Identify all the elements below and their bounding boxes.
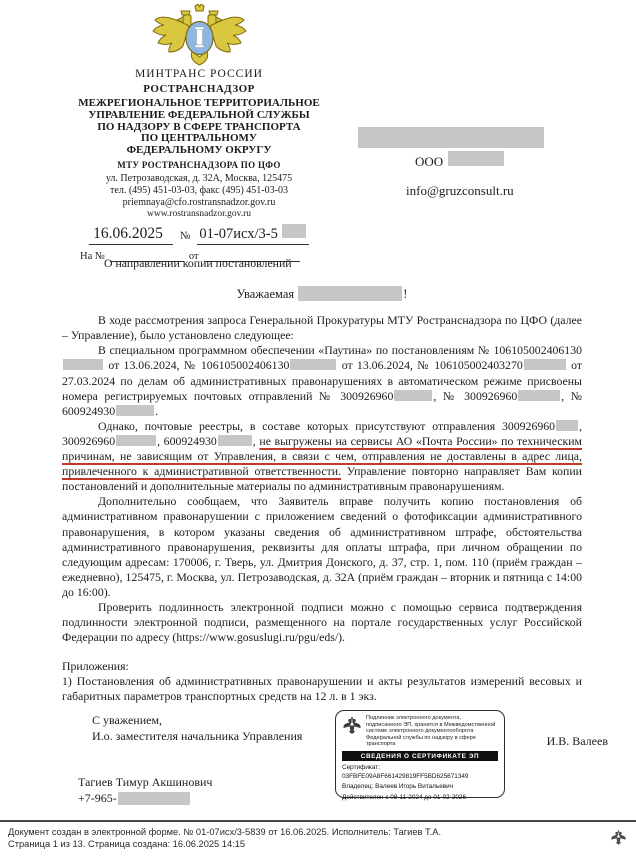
- letter-body: О направлении копии постановлений Уважае…: [62, 256, 582, 705]
- document-date: 16.06.2025: [89, 225, 173, 245]
- body-text: Дополнительно сообщаем, что Заявитель вп…: [62, 494, 582, 599]
- stamp-certificate-bar: СВЕДЕНИЯ О СЕРТИФИКАТЕ ЭП: [342, 751, 498, 762]
- redaction-box: [282, 224, 306, 238]
- body-text: В ходе рассмотрения запроса Генеральной …: [62, 313, 582, 342]
- redaction-box: [358, 127, 544, 148]
- attachment-item: 1) Постановления об административных пра…: [62, 674, 582, 704]
- signer-name: И.В. Валеев: [547, 734, 608, 749]
- org-line: ФЕДЕРАЛЬНОМУ ОКРУГУ: [60, 145, 338, 157]
- body-text: В специальном программном обеспечении «П…: [98, 343, 582, 357]
- number-sign: №: [180, 230, 191, 245]
- document-number: 01-07исх/3-5: [197, 224, 308, 245]
- agency-name: РОСТРАНСНАДЗОР: [60, 83, 338, 95]
- body-text: , 600924930: [157, 434, 217, 448]
- executor-phone-prefix: +7-965-: [78, 791, 117, 805]
- recipient-block: ООО info@gruzconsult.ru: [358, 127, 568, 199]
- redaction-box: [448, 151, 504, 166]
- redaction-box: [298, 286, 402, 301]
- executor-block: Тагиев Тимур Акшинович +7-965-: [78, 775, 212, 806]
- footer-eagle-icon: [610, 829, 627, 846]
- org-line: УПРАВЛЕНИЕ ФЕДЕРАЛЬНОЙ СЛУЖБЫ: [60, 110, 338, 122]
- document-page: МИНТРАНС РОССИИ РОСТРАНСНАДЗОР МЕЖРЕГИОН…: [0, 0, 636, 859]
- date-number-row: 16.06.2025 № 01-07исх/3-5: [60, 224, 338, 245]
- recipient-email: info@gruzconsult.ru: [358, 183, 568, 199]
- document-number-text: 01-07исх/3-5: [199, 226, 277, 243]
- salutation-prefix: Уважаемая: [237, 287, 295, 301]
- closing-phrase: С уважением,: [92, 713, 302, 729]
- redaction-box: [218, 435, 252, 446]
- attachments-label: Приложения:: [62, 659, 582, 674]
- eagle-icon: [342, 716, 362, 735]
- salutation: Уважаемая !: [62, 286, 582, 302]
- org-address: ул. Петрозаводская, д. 32А, Москва, 1254…: [60, 173, 338, 185]
- body-text: .: [155, 404, 158, 418]
- stamp-header-text: Подлинник электронного документа, подпис…: [366, 715, 498, 748]
- body-paragraph: Дополнительно сообщаем, что Заявитель вп…: [62, 494, 582, 600]
- subject-line: О направлении копии постановлений: [104, 256, 582, 271]
- body-text: от 13.06.2024, № 106105002403270: [337, 358, 522, 372]
- stamp-certificate-number: Сертификат: 03FBFE09A8F661429819FF5BD625…: [342, 763, 498, 781]
- footer-info: Документ создан в электронной форме. № 0…: [8, 827, 588, 850]
- org-phone: тел. (495) 451-03-03, факс (495) 451-03-…: [60, 185, 338, 197]
- org-website: www.rostransnadzor.gov.ru: [60, 209, 338, 220]
- attachments-section: Приложения: 1) Постановления об админист…: [62, 659, 582, 704]
- redaction-box: [116, 435, 156, 446]
- redaction-box: [118, 792, 190, 805]
- signer-position: И.о. заместителя начальника Управления: [92, 729, 302, 745]
- ministry-name: МИНТРАНС РОССИИ: [60, 68, 338, 80]
- stamp-top: Подлинник электронного документа, подпис…: [342, 715, 498, 748]
- executor-name: Тагиев Тимур Акшинович: [78, 775, 212, 791]
- redaction-box: [556, 420, 578, 431]
- redaction-box: [518, 390, 560, 401]
- body-paragraph: В ходе рассмотрения запроса Генеральной …: [62, 313, 582, 343]
- body-text: , № 300926960: [433, 389, 517, 403]
- footer-line1: Документ создан в электронной форме. № 0…: [8, 827, 588, 839]
- body-text: от 13.06.2024, № 106105002406130: [104, 358, 289, 372]
- executor-phone: +7-965-: [78, 791, 212, 807]
- rostransnadzor-emblem-icon: [151, 4, 248, 66]
- org-full-name: МЕЖРЕГИОНАЛЬНОЕ ТЕРРИТОРИАЛЬНОЕ УПРАВЛЕН…: [60, 98, 338, 157]
- redaction-box: [524, 359, 566, 370]
- redaction-box: [290, 359, 336, 370]
- redaction-box: [116, 405, 154, 416]
- body-paragraph: Однако, почтовые реестры, в составе кото…: [62, 419, 582, 494]
- body-text: Проверить подлинность электронной подпис…: [62, 600, 582, 644]
- body-paragraph: Проверить подлинность электронной подпис…: [62, 600, 582, 645]
- company-prefix: ООО: [415, 154, 443, 170]
- stamp-validity: Действителен с 08-11-2024 до 01-02-2026: [342, 793, 498, 802]
- body-paragraphs: В ходе рассмотрения запроса Генеральной …: [62, 313, 582, 645]
- recipient-company: ООО: [358, 151, 568, 170]
- body-paragraph: В специальном программном обеспечении «П…: [62, 343, 582, 418]
- footer-line2: Страница 1 из 13. Страница создана: 16.0…: [8, 839, 588, 851]
- org-short-name: МТУ РОСТРАНСНАДЗОРА ПО ЦФО: [60, 160, 338, 170]
- org-email: priemnaya@cfo.rostransnadzor.gov.ru: [60, 197, 338, 209]
- salutation-suffix: !: [403, 287, 407, 301]
- letterhead: МИНТРАНС РОССИИ РОСТРАНСНАДЗОР МЕЖРЕГИОН…: [60, 4, 338, 262]
- esignature-stamp: Подлинник электронного документа, подпис…: [335, 710, 505, 798]
- signature-closing: С уважением, И.о. заместителя начальника…: [92, 713, 302, 744]
- redaction-box: [63, 359, 103, 370]
- body-text: Однако, почтовые реестры, в составе кото…: [98, 419, 555, 433]
- redaction-box: [394, 390, 432, 401]
- footer-divider: [0, 820, 636, 822]
- stamp-owner: Владелец: Валеев Игорь Витальевич: [342, 782, 498, 791]
- org-contacts: ул. Петрозаводская, д. 32А, Москва, 1254…: [60, 173, 338, 220]
